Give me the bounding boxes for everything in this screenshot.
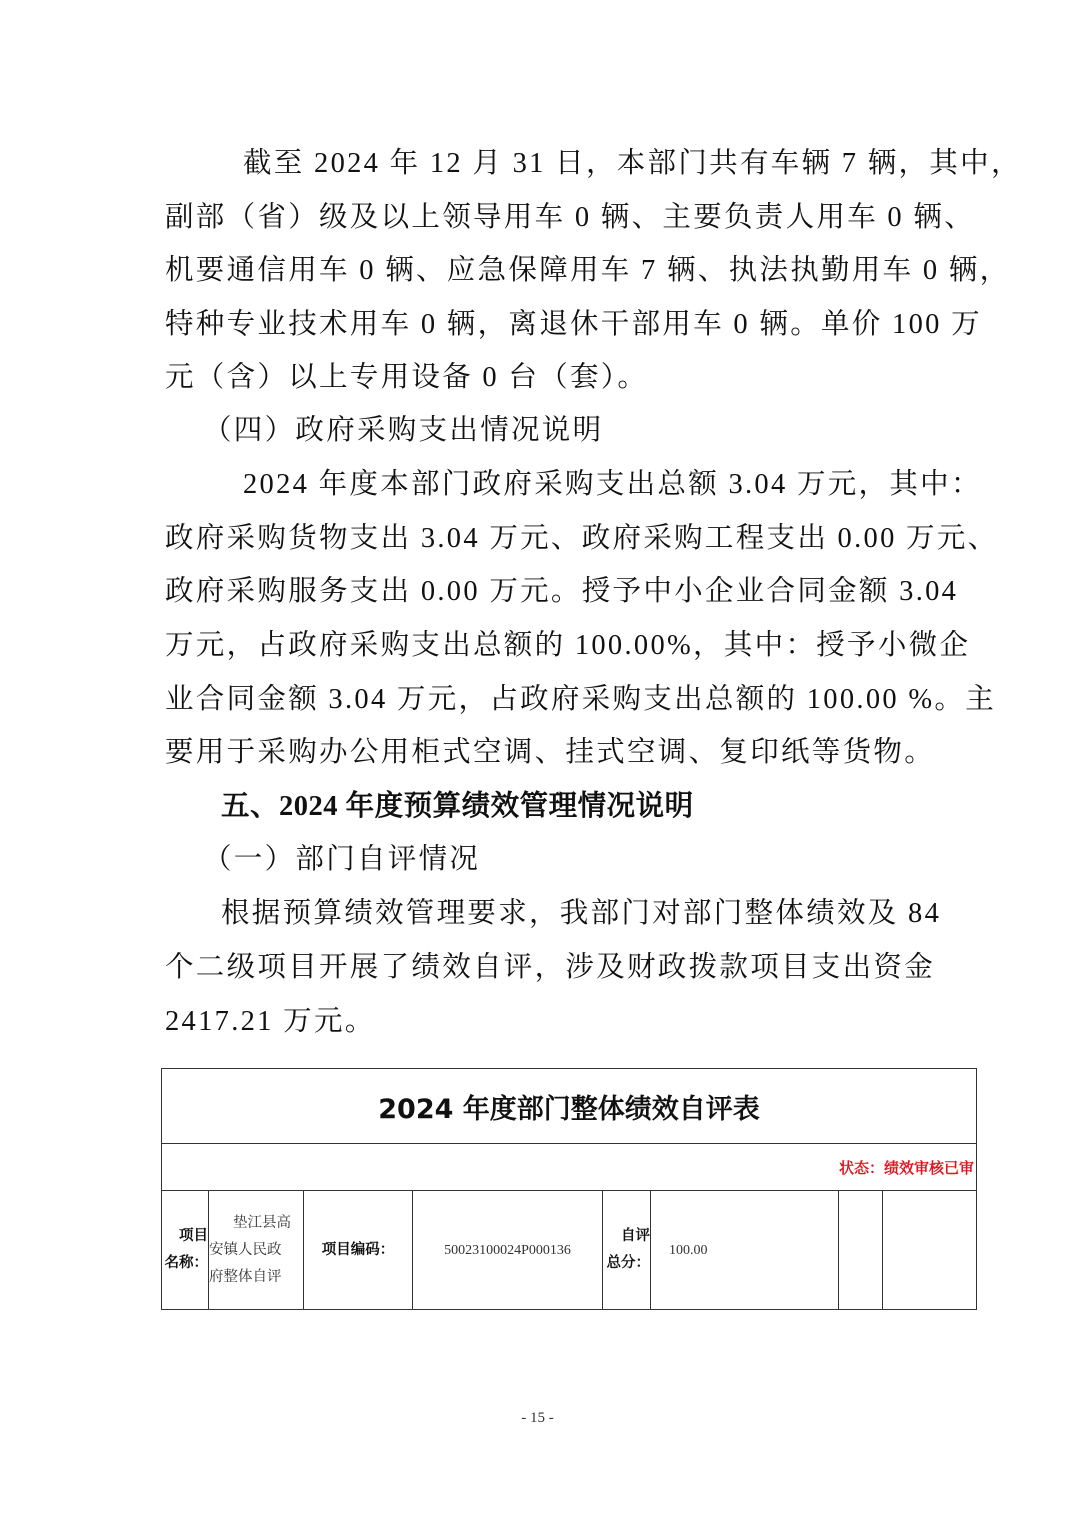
- project-code-value: 50023100024P000136: [413, 1191, 603, 1310]
- paragraph-line: 政府采购服务支出 0.00 万元。授予中小企业合同金额 3.04: [165, 565, 958, 619]
- paragraph-line: 业合同金额 3.04 万元，占政府采购支出总额的 100.00 %。主: [165, 673, 996, 727]
- paragraph-line: 机要通信用车 0 辆、应急保障用车 7 辆、执法执勤用车 0 辆，: [165, 244, 1010, 298]
- empty-cell: [883, 1191, 977, 1310]
- paragraph-line: 元（含）以上专用设备 0 台（套）。: [165, 351, 648, 405]
- section-heading: （四）政府采购支出情况说明: [203, 404, 603, 458]
- section-heading: （一）部门自评情况: [203, 833, 480, 887]
- page-number: - 15 -: [0, 1410, 1075, 1427]
- performance-table: 2024 年度部门整体绩效自评表 状态：绩效审核已审 项目 名称： 垫江县高 安…: [161, 1068, 977, 1310]
- project-code-label: 项目编码：: [304, 1191, 413, 1310]
- table-title: 2024 年度部门整体绩效自评表: [162, 1069, 977, 1144]
- paragraph-line: 截至 2024 年 12 月 31 日，本部门共有车辆 7 辆，其中，: [243, 137, 1022, 191]
- project-name-value: 垫江县高 安镇人民政 府整体自评: [209, 1191, 304, 1310]
- paragraph-line: 副部（省）级及以上领导用车 0 辆、主要负责人用车 0 辆、: [165, 191, 975, 245]
- label-line: 总分：: [603, 1250, 650, 1277]
- status-badge: 状态：绩效审核已审: [162, 1144, 977, 1191]
- value-line: 府整体自评: [209, 1264, 303, 1291]
- label-line: 名称：: [162, 1250, 208, 1277]
- paragraph-line: 个二级项目开展了绩效自评，涉及财政拨款项目支出资金: [165, 941, 935, 995]
- paragraph-line: 2024 年度本部门政府采购支出总额 3.04 万元，其中：: [243, 458, 982, 512]
- paragraph-line: 政府采购货物支出 3.04 万元、政府采购工程支出 0.00 万元、: [165, 512, 998, 566]
- label-line: 项目: [162, 1223, 208, 1250]
- label-line: 自评: [603, 1223, 650, 1250]
- paragraph-line: 万元，占政府采购支出总额的 100.00%，其中：授予小微企: [165, 619, 970, 673]
- paragraph-line: 2417.21 万元。: [165, 995, 376, 1049]
- score-label: 自评 总分：: [603, 1191, 651, 1310]
- value-line: 垫江县高: [209, 1210, 303, 1237]
- chapter-heading: 五、2024 年度预算绩效管理情况说明: [221, 780, 694, 834]
- paragraph-line: 要用于采购办公用柜式空调、挂式空调、复印纸等货物。: [165, 726, 935, 780]
- value-line: 安镇人民政: [209, 1237, 303, 1264]
- project-name-label: 项目 名称：: [162, 1191, 209, 1310]
- paragraph-line: 根据预算绩效管理要求，我部门对部门整体绩效及 84: [221, 887, 941, 941]
- empty-cell: [839, 1191, 883, 1310]
- paragraph-line: 特种专业技术用车 0 辆，离退休干部用车 0 辆。单价 100 万: [165, 298, 982, 352]
- score-value: 100.00: [651, 1191, 839, 1310]
